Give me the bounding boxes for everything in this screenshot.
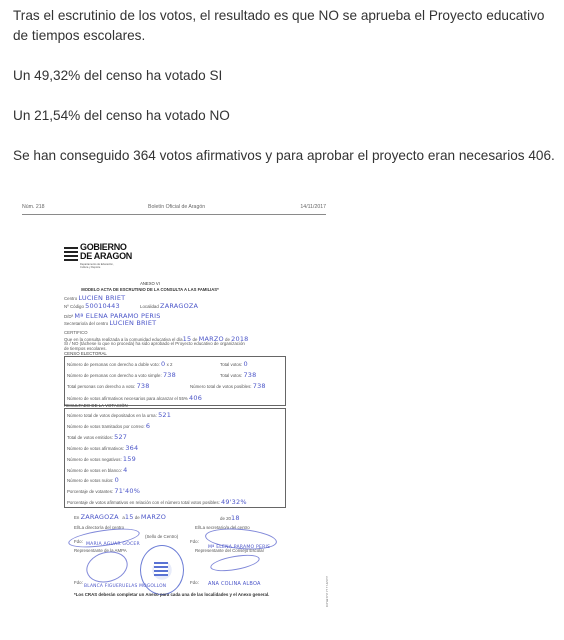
censo-row: Número de personas con derecho a voto si…: [67, 371, 176, 379]
censo-row: Total personas con derecho a voto: 738: [67, 382, 150, 390]
secretario-field: Secretario/a del centro LUCIEN BRIET: [64, 319, 156, 327]
stamp-emblem-icon: [154, 560, 168, 576]
resultado-row: Porcentaje de votantes: 71'40%: [67, 487, 140, 495]
resultado-row: Total de votos emitidos: 527: [67, 433, 127, 441]
resultado-row: Número de votos nulos: 0: [67, 476, 119, 484]
boletin-date: 14/11/2017: [300, 204, 326, 210]
ampa-signature: [83, 547, 131, 587]
scanned-document: Núm. 218 Boletín Oficial de Aragón 14/11…: [10, 196, 328, 640]
censo-row-total: Número total de votos posibles: 738: [190, 382, 266, 390]
fdo-label: Fdo:: [190, 580, 199, 585]
fdo-label: Fdo:: [74, 539, 83, 544]
codigo-field: Nº Código 50010443: [64, 302, 120, 310]
censo-row: Número de votos afirmativos necesarios p…: [67, 394, 202, 402]
anexo-title: ANEXO VI MODELO ACTA DE ESCRUTINIO DE LA…: [10, 281, 290, 293]
fdo-label: Fdo:: [74, 580, 83, 585]
boletin-title: Boletín Oficial de Aragón: [148, 204, 205, 210]
resultado-row: Porcentaje de votos afirmativos en relac…: [67, 498, 247, 506]
ampa-name: BLANCA FIGUERUELAS MOGOLLON: [84, 583, 166, 589]
result-summary: Tras el escrutinio de los votos, el resu…: [13, 6, 558, 46]
no-percentage: Un 21,54% del censo ha votado NO: [13, 106, 558, 126]
resultado-row: Número total de votos depositados en la …: [67, 411, 171, 419]
aragon-bars-icon: [64, 245, 78, 261]
fdo-label: Fdo:: [190, 539, 199, 544]
footnote: *Los CRAS deberán completar un Anexo par…: [74, 592, 290, 598]
post-body: Tras el escrutinio de los votos, el resu…: [13, 6, 558, 186]
boletin-number: Núm. 218: [22, 204, 45, 210]
consejo-label: Representante del Consejo Escolar: [195, 548, 264, 553]
censo-row-total: Total votos: 738: [220, 371, 256, 379]
resultado-row: Número de votos afirmativos: 364: [67, 444, 138, 452]
resultado-row: Número de votos negativos: 159: [67, 455, 136, 463]
resultado-row: Número de votos tramitados por correo: 6: [67, 422, 150, 430]
centro-field: Centro LUCIEN BRIET: [64, 294, 125, 302]
localidad-field: Localidad ZARAGOZA: [140, 302, 198, 310]
boa-code: BOA20171114022: [326, 576, 328, 607]
header-divider: [22, 214, 326, 215]
closing-year: de 2018: [220, 514, 240, 522]
resultado-row: Número de votos en blanco: 4: [67, 466, 128, 474]
censo-row: Número de personas con derecho a doble v…: [67, 360, 172, 368]
yes-percentage: Un 49,32% del censo ha votado SI: [13, 66, 558, 86]
censo-row-total: Total votos: 0: [220, 360, 248, 368]
votes-needed: Se han conseguido 364 votos afirmativos …: [13, 146, 558, 166]
consejo-name: ANA COLINA ALBOA: [208, 581, 261, 587]
consejo-signature: [209, 552, 261, 574]
director-name: MARIA AGUAR GOCER: [86, 541, 140, 547]
closing-line: En ZARAGOZA a15 de MARZO: [74, 513, 166, 521]
sello-label: (Sello de Centro): [145, 534, 178, 539]
